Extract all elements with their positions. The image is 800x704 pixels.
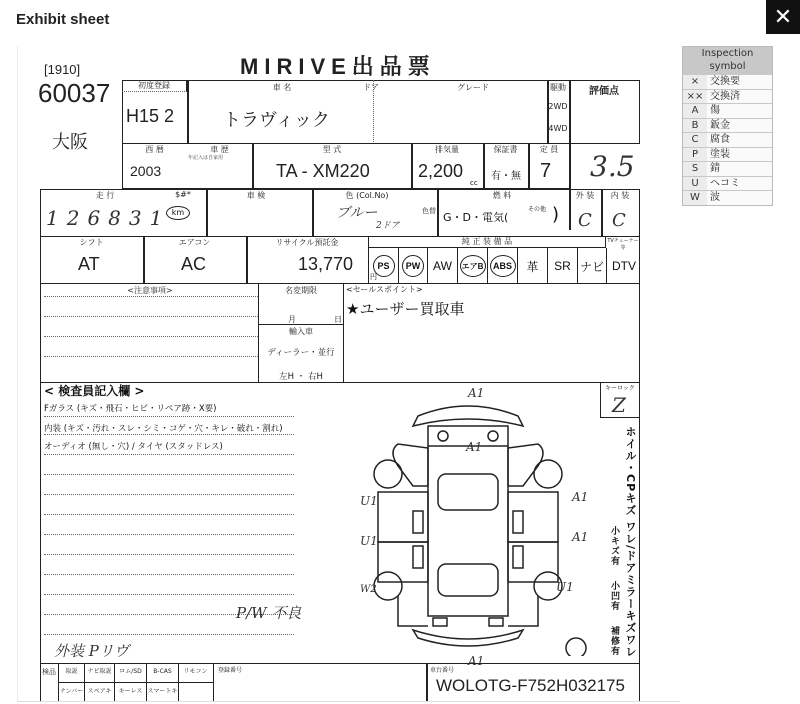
damage-mark-hood: A1 (466, 440, 482, 454)
recycle-value: 13,770 (298, 254, 353, 275)
inspector-label: < 検査員記入欄 > (44, 382, 144, 399)
chassis-value: WOLOTG-F752H032175 (436, 676, 625, 696)
exterior-value: C (578, 210, 592, 231)
grade-label: グレード (398, 82, 548, 93)
modal-title: Exhibit sheet (16, 11, 109, 28)
accessories-label: 検品 (40, 666, 58, 678)
interior-value: C (612, 210, 626, 231)
acc-number: ナンバー (59, 683, 85, 702)
legend-row: W波 (683, 190, 772, 205)
dotted-line (44, 634, 294, 635)
damage-mark-right-front-door: A1 (572, 490, 588, 504)
equip-leather: 革 (518, 248, 548, 284)
inspection-expiry-note: 年記入は自家用 (188, 154, 223, 161)
meter-label: $#* (168, 190, 198, 199)
aircon-label: エアコン (143, 237, 246, 248)
damage-mark-left-rear-fender: W2 (360, 584, 377, 595)
handwritten-note-exterior: 外装 Pリヴ (54, 640, 129, 661)
acc-bcas: B-CAS (147, 663, 179, 682)
damage-mark-left-front-door: U1 (360, 494, 378, 508)
exhibit-sheet-image: MIRIVE出品票 [1910] 60037 大阪 初度登録 H15 2 車 名… (17, 46, 680, 702)
dotted-line (44, 494, 294, 495)
side-mark-3: 補修有 (608, 626, 621, 656)
damage-mark-right-rear-door: A1 (572, 530, 588, 544)
displacement-label: 排気量 (411, 144, 483, 155)
legend-row: C腐食 (683, 132, 772, 147)
import-label: 輸入車 (258, 326, 344, 337)
model-code-label: 型 式 (252, 144, 412, 155)
dotted-line (44, 474, 294, 475)
reg-number-label: 登録番号 (218, 665, 242, 674)
equip-abs: ABS (488, 248, 518, 284)
fuel-label: 燃 料 (437, 190, 567, 201)
legend-row: Uヘコミ (683, 176, 772, 191)
keylock-label: キーロック (600, 383, 640, 392)
car-name-value: トラヴィック (223, 106, 330, 132)
fuel-value: G・D・電気( (443, 209, 508, 225)
lot-code: [1910] (44, 62, 80, 77)
mileage-value: 126831 (46, 206, 170, 230)
equip-dtv: DTV (607, 248, 641, 284)
acc-smart-key: スマートキー (147, 683, 179, 702)
dotted-line (44, 534, 294, 535)
aircon-value: AC (181, 254, 206, 275)
interior-label: 内 装 (602, 190, 638, 201)
recycle-label: リサイクル預託金 (246, 237, 368, 248)
acc-spare-key: スペアキー (85, 683, 115, 702)
dotted-line (44, 554, 294, 555)
import-dealer: ディーラー・並行 (258, 346, 344, 358)
dotted-line (44, 594, 294, 595)
inspector-line-3: オーディオ (無し・穴) / タイヤ (スタッドレス) (44, 440, 223, 452)
equip-airbag: エアB (458, 248, 488, 284)
handwritten-note-pw: P/W 不良 (236, 602, 301, 623)
drive-label: 駆動 (547, 82, 569, 93)
notes-label: <注意事項> (40, 285, 260, 296)
inspector-line-1: Fガラス (キズ・飛石・ヒビ・リペア跡・X要) (44, 402, 216, 414)
side-note-vertical: ホイル・CPキズ ワレ/ドアミラーキズワレ (622, 426, 638, 662)
import-handle: 左H ・ 右H (258, 370, 344, 382)
displacement-unit: cc (470, 179, 478, 187)
color-change-label: 色替 (422, 206, 436, 216)
shift-label: シフト (40, 237, 143, 248)
acc-rom-sd: ロム/SD (115, 663, 147, 682)
shift-value: AT (78, 254, 100, 275)
acc-remote: リモコン (179, 663, 212, 682)
side-mark-1: 小キズ有 (608, 526, 621, 566)
keylock-value: Z (612, 393, 626, 417)
sales-point-label: <セールスポイント> (346, 284, 423, 295)
mileage-label: 走 行 (40, 190, 170, 201)
dotted-line (44, 514, 294, 515)
km-unit: km (166, 206, 190, 220)
equip-pw: PW (399, 248, 428, 284)
legend-row: ×交換要 (683, 74, 772, 89)
first-reg-value: H15 2 (126, 106, 174, 127)
inspector-line-2: 内装 (キズ・汚れ・スレ・シミ・コゲ・穴・キレ・破れ・割れ) (44, 422, 283, 434)
fuel-other: その他 (528, 204, 546, 213)
equip-ps: PS (369, 248, 399, 284)
equipment-header: 純 正 装 備 品 (368, 236, 606, 248)
divider (426, 663, 428, 702)
dotted-line (44, 574, 294, 575)
accessories-grid: 取説 ナビ取説 ロム/SD B-CAS リモコン ナンバー スペアキー キーレス… (58, 663, 214, 702)
side-mark-2: 小凹有 (608, 581, 621, 611)
legend-row: A傷 (683, 103, 772, 118)
exterior-label: 外 装 (569, 190, 601, 201)
damage-mark-left-rear-door: U1 (360, 534, 378, 548)
close-button[interactable]: ✕ (766, 0, 800, 34)
warranty-value: 有・無 (491, 167, 521, 182)
acc-keyless: キーレス (115, 683, 147, 702)
color-label: 色 (Col.No) (312, 190, 422, 201)
dotted-line (44, 336, 258, 337)
equip-navi: ナビ (578, 248, 607, 284)
equipment-row: PS PW AW エアB ABS 革 SR ナビ DTV (368, 248, 640, 284)
model-year-label: 西 暦 (122, 144, 187, 155)
drive-4wd: 4WD (547, 124, 569, 133)
acc-manual: 取説 (59, 663, 85, 682)
drive-2wd: 2WD (547, 102, 569, 111)
first-reg-label-cell: 初度登録 (122, 80, 187, 92)
fuel-close: ) (552, 204, 559, 225)
score-label: 評価点 (569, 82, 639, 97)
name-change-label: 名変期限 (258, 285, 344, 296)
divider (258, 324, 344, 325)
model-year-value: 2003 (130, 163, 161, 179)
sales-point-value: ★ユーザー買取車 (346, 298, 464, 319)
dotted-line (44, 296, 258, 297)
dotted-line (44, 454, 294, 455)
dotted-line (44, 356, 258, 357)
modal-header: Exhibit sheet ✕ (0, 0, 800, 44)
capacity-label: 定 員 (528, 144, 570, 155)
equip-aw: AW (428, 248, 458, 284)
legend-row: B鈑金 (683, 118, 772, 133)
equip-sr: SR (548, 248, 578, 284)
color-value: ブルー (336, 202, 377, 222)
acc-navi-manual: ナビ取説 (85, 663, 115, 682)
dotted-line (44, 316, 258, 317)
color-sub: 2ドア (376, 218, 399, 231)
legend-row: ××交換済 (683, 89, 772, 104)
warranty-label: 保証書 (483, 144, 528, 155)
legend-title: Inspection symbol (683, 47, 772, 74)
close-icon: ✕ (774, 5, 792, 30)
location: 大阪 (52, 128, 88, 154)
capacity-value: 7 (540, 160, 551, 183)
damage-mark-front-bumper: A1 (468, 386, 484, 400)
sheet-brand-title: MIRIVE出品票 (240, 50, 436, 81)
score-value: 3.5 (590, 150, 635, 183)
car-name-label: 車 名 (187, 82, 377, 93)
shaken-label: 車 検 (206, 190, 306, 201)
lot-number: 60037 (38, 78, 110, 109)
inspection-symbol-legend: Inspection symbol ×交換要 ××交換済 A傷 B鈑金 C腐食 … (682, 46, 773, 206)
chassis-label: 車台番号 (430, 665, 454, 674)
model-code-value: TA - XM220 (276, 161, 370, 182)
door-label: ドア (356, 82, 386, 93)
displacement-value: 2,200 (418, 161, 463, 182)
damage-mark-right-rear-fender: U1 (556, 580, 574, 594)
dotted-line (44, 416, 294, 417)
dotted-line (44, 434, 294, 435)
legend-row: S錆 (683, 161, 772, 176)
car-diagram (358, 386, 598, 656)
legend-row: P塗装 (683, 147, 772, 162)
